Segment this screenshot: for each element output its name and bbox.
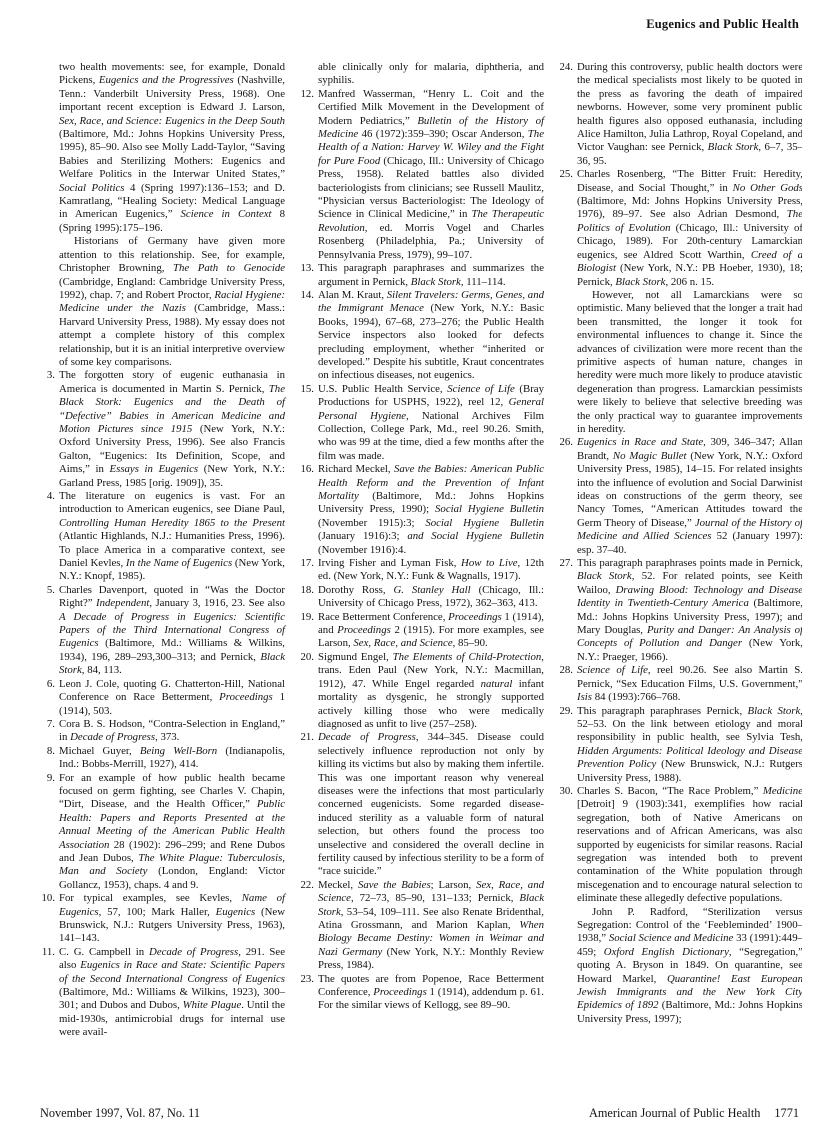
endnote-27: 27.This paragraph paraphrases points mad…: [558, 557, 802, 664]
endnote-29: 29.This paragraph paraphrases Pernick, B…: [558, 705, 802, 785]
footer-page-number: 1771: [774, 1106, 799, 1120]
cited-title: Sex, Race, and Science: [353, 637, 452, 649]
endnote-number: 13.: [299, 262, 314, 275]
endnote-number: 26.: [558, 436, 573, 449]
cited-title: Proceedings: [219, 691, 273, 703]
endnote-6: 6.Leon J. Cole, quoting G. Chatterton-Hi…: [40, 678, 285, 718]
endnotes-column-1: two health movements: see, for example, …: [40, 61, 285, 1097]
endnotes-column-3: 24.During this controversy, public healt…: [558, 61, 802, 1097]
cited-title: Science in Context: [181, 208, 272, 220]
endnote-number: 3.: [40, 369, 55, 382]
endnote-number: 20.: [299, 651, 314, 664]
endnote-number: 22.: [299, 879, 314, 892]
endnote-25: 25.Charles Rosenberg, “The Bitter Fruit:…: [558, 168, 802, 289]
endnote-20: 20.Sigmund Engel, The Elements of Child-…: [299, 651, 544, 731]
cited-title: The Politics of Evolution: [577, 208, 802, 233]
cited-title: Oxford English Dictionary: [604, 946, 729, 958]
endnote-number: 6.: [40, 678, 55, 691]
cited-title: Bulletin of the History of Medicine: [318, 115, 544, 140]
cited-title: Proceedings: [337, 624, 391, 636]
cited-title: Medicine: [763, 785, 802, 797]
endnote-continuation: able clinically only for malaria, diphth…: [299, 61, 544, 88]
endnote-number: 16.: [299, 463, 314, 476]
cited-title: The White Plague: Tuberculosis, Man and …: [59, 852, 285, 877]
cited-title: A Decade of Progress in Eugenics: Scient…: [59, 611, 285, 650]
endnote-number: 18.: [299, 584, 314, 597]
endnote-number: 12.: [299, 88, 314, 101]
cited-title: Proceedings: [373, 986, 427, 998]
endnote-8: 8.Michael Guyer, Being Well-Born (Indian…: [40, 745, 285, 772]
cited-title: Black Stork: [708, 141, 759, 153]
cited-title: How to Live: [461, 557, 518, 569]
cited-title: In the Name of Eugenics: [126, 557, 232, 569]
cited-title: Eugenics and the Progressives: [99, 74, 234, 86]
endnote-7: 7.Cora B. S. Hodson, “Contra-Selection i…: [40, 718, 285, 745]
cited-title: Black Stork: [59, 651, 285, 676]
endnote-number: 21.: [299, 731, 314, 744]
cited-title: The Path to Genocide: [173, 262, 285, 274]
endnote-continuation: Historians of Germany have given more at…: [40, 235, 285, 369]
footer-journal-info: American Journal of Public Health1771: [589, 1106, 799, 1121]
cited-title: Save the Babies: [358, 879, 431, 891]
endnote-number: 10.: [40, 892, 55, 905]
cited-title: Essays in Eugenics: [110, 463, 199, 475]
cited-title: Science of Life: [577, 664, 648, 676]
cited-title: Decade of Progress: [149, 946, 238, 958]
cited-title: Black Stork: [318, 892, 544, 917]
cited-title: Creed of a Biologist: [577, 249, 802, 274]
cited-title: Isis: [577, 691, 592, 703]
cited-title: and Social Hygiene Bulletin: [407, 530, 544, 542]
endnote-3: 3.The forgotten story of eugenic euthana…: [40, 369, 285, 490]
cited-title: Independent: [96, 597, 149, 609]
endnote-number: 19.: [299, 611, 314, 624]
cited-title: Silent Travelers: Germs, Genes, and the …: [318, 289, 544, 314]
endnotes-column-2: able clinically only for malaria, diphth…: [299, 61, 544, 1097]
cited-title: Drawing Blood: Technology and Disease Id…: [577, 584, 802, 609]
cited-title: Black Stork: [748, 705, 801, 717]
endnote-number: 24.: [558, 61, 573, 74]
cited-title: Black Stork: [411, 276, 461, 288]
cited-title: The Elements of Child-Protection: [393, 651, 542, 663]
footer-journal-name: American Journal of Public Health: [589, 1106, 760, 1120]
endnote-23: 23.The quotes are from Popenoe, Race Bet…: [299, 973, 544, 1013]
endnote-13: 13.This paragraph paraphrases and summar…: [299, 262, 544, 289]
endnote-16: 16.Richard Meckel, Save the Babies: Amer…: [299, 463, 544, 557]
endnote-19: 19.Race Betterment Conference, Proceedin…: [299, 611, 544, 651]
cited-title: The Therapeutic Revolution: [318, 208, 544, 233]
endnote-continuation: two health movements: see, for example, …: [40, 61, 285, 235]
cited-title: Quarantine! East European Jewish Immigra…: [577, 973, 802, 1012]
cited-title: Social Hygiene Bulletin: [435, 503, 544, 515]
endnote-9: 9.For an example of how public health be…: [40, 772, 285, 893]
cited-title: Sex, Race, and Science: Eugenics in the …: [59, 115, 285, 127]
endnote-24: 24.During this controversy, public healt…: [558, 61, 802, 168]
endnote-5: 5.Charles Davenport, quoted in “Was the …: [40, 584, 285, 678]
cited-title: Controlling Human Heredity 1865 to the P…: [59, 517, 285, 529]
footer-issue-info: November 1997, Vol. 87, No. 11: [40, 1106, 200, 1121]
cited-title: No Magic Bullet: [613, 450, 687, 462]
cited-title: Social Politics: [59, 182, 125, 194]
cited-title: Hidden Arguments: Political Ideology and…: [577, 745, 802, 770]
endnote-4: 4.The literature on eugenics is vast. Fo…: [40, 490, 285, 584]
endnote-28: 28.Science of Life, reel 90.26. See also…: [558, 664, 802, 704]
endnote-number: 23.: [299, 973, 314, 986]
cited-title: Eugenics: [216, 906, 256, 918]
cited-title: natural: [481, 678, 513, 690]
cited-title: G. Stanley Hall: [393, 584, 470, 596]
endnote-21: 21.Decade of Progress, 344–345. Disease …: [299, 731, 544, 878]
cited-title: Public Health: Papers and Reports Presen…: [59, 798, 285, 850]
cited-title: No Other Gods: [733, 182, 802, 194]
endnote-18: 18.Dorothy Ross, G. Stanley Hall (Chicag…: [299, 584, 544, 611]
cited-title: Black Stork: [577, 570, 632, 582]
cited-title: Eugenics in Race and State: [577, 436, 703, 448]
endnote-number: 15.: [299, 383, 314, 396]
endnote-number: 8.: [40, 745, 55, 758]
cited-title: When Biology Became Destiny: Women in We…: [318, 919, 544, 958]
cited-title: Social Hygiene Bulletin: [425, 517, 544, 529]
endnote-number: 30.: [558, 785, 573, 798]
cited-title: Decade of Progress: [318, 731, 416, 743]
endnote-number: 14.: [299, 289, 314, 302]
endnote-continuation: John P. Radford, “Sterilization versus S…: [558, 906, 802, 1027]
cited-title: Black Stork: [615, 276, 665, 288]
cited-title: Sex, Race, and Science: [318, 879, 544, 904]
endnote-22: 22.Meckel, Save the Babies; Larson, Sex,…: [299, 879, 544, 973]
cited-title: Proceedings: [448, 611, 502, 623]
cited-title: Save the Babies: American Public Health …: [318, 463, 544, 502]
endnote-11: 11.C. G. Campbell in Decade of Progress,…: [40, 946, 285, 1040]
cited-title: Journal of the History of Medicine and A…: [577, 517, 802, 542]
cited-title: General Personal Hygiene: [318, 396, 544, 421]
cited-title: Decade of Progress: [70, 731, 155, 743]
endnote-15: 15.U.S. Public Health Service, Science o…: [299, 383, 544, 463]
endnote-number: 11.: [40, 946, 55, 959]
endnote-number: 25.: [558, 168, 573, 181]
endnote-number: 27.: [558, 557, 573, 570]
cited-title: Eugenics in Race and State: Scientific P…: [59, 959, 285, 984]
endnote-number: 28.: [558, 664, 573, 677]
endnote-12: 12.Manfred Wasserman, “Henry L. Coit and…: [299, 88, 544, 262]
endnote-26: 26.Eugenics in Race and State, 309, 346–…: [558, 436, 802, 557]
cited-title: Social Science and Medicine: [609, 932, 734, 944]
endnote-continuation: However, not all Lamarckians were so opt…: [558, 289, 802, 436]
endnote-number: 7.: [40, 718, 55, 731]
cited-title: The Black Stork: Eugenics and the Death …: [59, 383, 285, 435]
endnote-number: 4.: [40, 490, 55, 503]
endnote-30: 30.Charles S. Bacon, “The Race Problem,”…: [558, 785, 802, 906]
endnote-number: 17.: [299, 557, 314, 570]
cited-title: Science of Life: [447, 383, 514, 395]
endnote-10: 10.For typical examples, see Kevles, Nam…: [40, 892, 285, 946]
cited-title: Being Well-Born: [140, 745, 217, 757]
journal-page: Eugenics and Public Health two health mo…: [0, 0, 816, 1141]
running-header-title: Eugenics and Public Health: [646, 17, 799, 32]
endnote-17: 17.Irving Fisher and Lyman Fisk, How to …: [299, 557, 544, 584]
cited-title: White Plague: [183, 999, 242, 1011]
endnote-number: 29.: [558, 705, 573, 718]
endnote-14: 14.Alan M. Kraut, Silent Travelers: Germ…: [299, 289, 544, 383]
cited-title: Racial Hygiene: Medicine under the Nazis: [59, 289, 285, 314]
endnote-number: 9.: [40, 772, 55, 785]
endnote-number: 5.: [40, 584, 55, 597]
endnotes-columns: two health movements: see, for example, …: [40, 61, 802, 1097]
cited-title: Purity and Danger: An Analysis of Concep…: [577, 624, 802, 649]
